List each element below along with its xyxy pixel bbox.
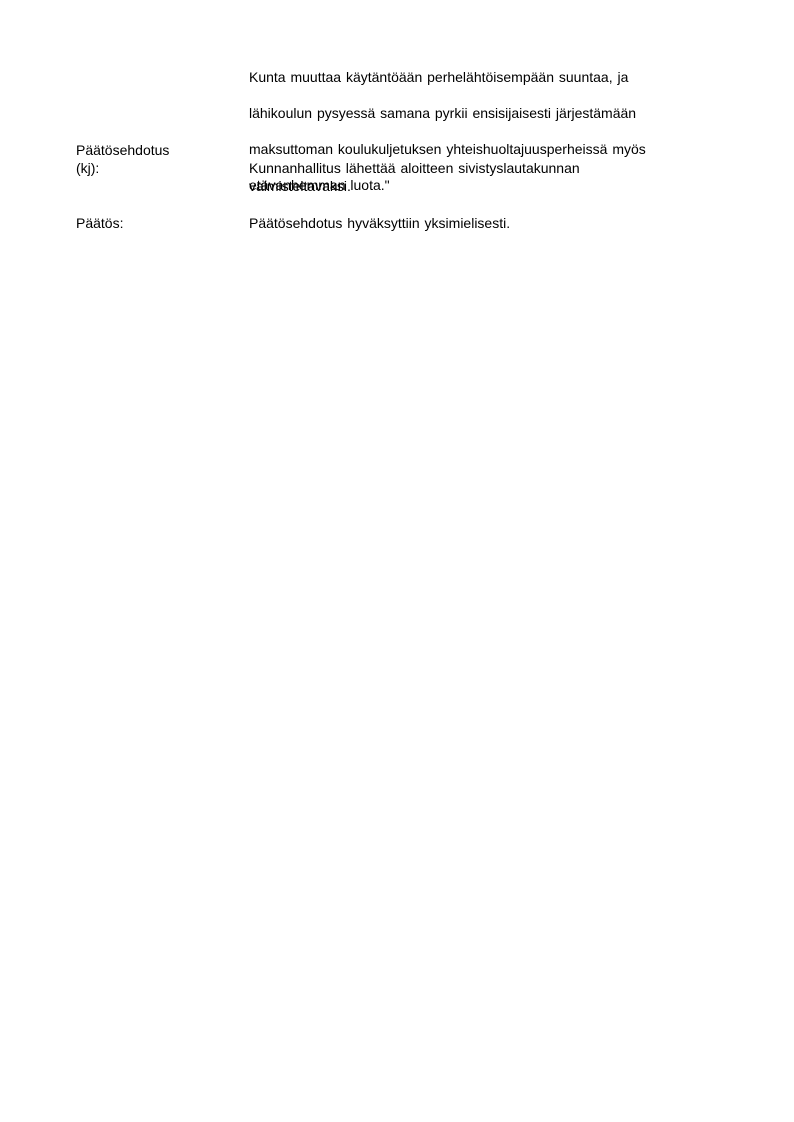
- proposal-text: Kunnanhallitus lähettää aloitteen sivist…: [249, 159, 709, 195]
- decision-label: Päätös:: [76, 214, 123, 232]
- document-page: Kunta muuttaa käytäntöään perhelähtöisem…: [0, 0, 794, 1122]
- proposal-label: Päätösehdotus (kj):: [76, 141, 169, 177]
- quote-line: lähikoulun pysyessä samana pyrkii ensisi…: [249, 104, 709, 122]
- quote-line: Kunta muuttaa käytäntöään perhelähtöisem…: [249, 68, 709, 86]
- quote-line: maksuttoman koulukuljetuksen yhteishuolt…: [249, 140, 709, 158]
- decision-text: Päätösehdotus hyväksyttiin yksimielisest…: [249, 214, 709, 232]
